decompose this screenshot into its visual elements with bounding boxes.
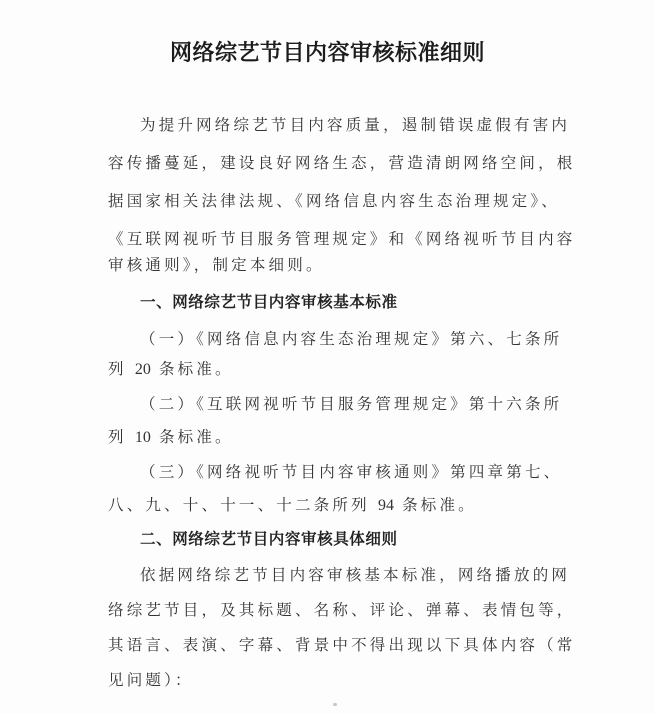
item-text: 条标准。 (151, 360, 234, 378)
document-page: 网络综艺节目内容审核标准细则 为提升网络综艺节目内容质量，遏制错误虚假有害内 容… (0, 0, 655, 714)
section-1-item-3-line-2: 八、九、十、十一、十二条所列 94 条标准。 (108, 493, 558, 515)
document-title: 网络综艺节目内容审核标准细则 (0, 36, 655, 67)
section-2-heading: 二、网络综艺节目内容审核具体细则 (140, 527, 398, 549)
intro-line-5: 审核通则》，制定本细则。 (108, 253, 558, 275)
item-count: 94 (378, 497, 394, 514)
item-count: 20 (135, 361, 151, 378)
section-1-item-3-line-1: （三）《网络视听节目内容审核通则》第四章第七、 (140, 460, 558, 482)
intro-line-4: 《互联网视听节目服务管理规定》和《网络视听节目内容 (108, 227, 558, 249)
section-1-item-2-line-1: （二）《互联网视听节目服务管理规定》第十六条所 (140, 392, 558, 414)
item-text: 条标准。 (394, 496, 477, 514)
section-1-item-1-line-1: （一）《网络信息内容生态治理规定》第六、七条所 (140, 327, 558, 349)
section-2-line-3: 其语言、表演、字幕、背景中不得出现以下具体内容（常 (108, 633, 558, 655)
item-text: 列 (108, 360, 135, 378)
section-1-heading: 一、网络综艺节目内容审核基本标准 (140, 290, 398, 312)
intro-line-3: 据国家相关法律法规、《网络信息内容生态治理规定》、 (108, 189, 558, 211)
section-2-line-4: 见问题）： (108, 668, 558, 690)
section-1-item-2-line-2: 列 10 条标准。 (108, 425, 558, 447)
page-mark (333, 703, 337, 706)
section-1-item-1-line-2: 列 20 条标准。 (108, 357, 558, 379)
item-count: 10 (135, 429, 151, 446)
section-2-line-1: 依据网络综艺节目内容审核基本标准，网络播放的网 (140, 563, 558, 585)
section-2-line-2: 络综艺节目，及其标题、名称、评论、弹幕、表情包等， (108, 598, 558, 620)
item-text: 列 (108, 428, 135, 446)
item-text: 八、九、十、十一、十二条所列 (108, 496, 378, 514)
item-text: 条标准。 (151, 428, 234, 446)
intro-line-2: 容传播蔓延，建设良好网络生态，营造清朗网络空间，根 (108, 151, 558, 173)
intro-line-1: 为提升网络综艺节目内容质量，遏制错误虚假有害内 (140, 113, 558, 135)
